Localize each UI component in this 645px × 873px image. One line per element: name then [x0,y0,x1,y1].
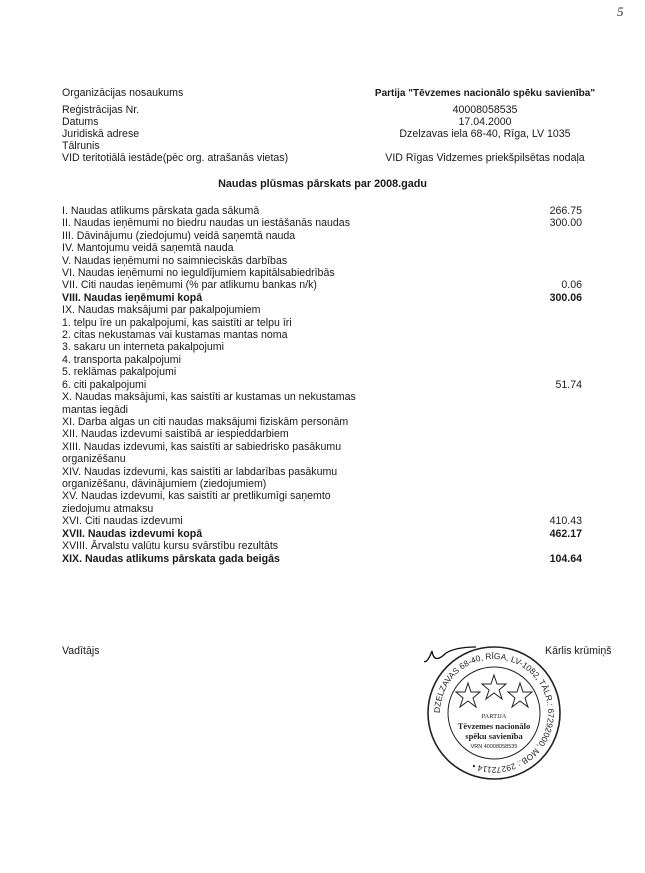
row-label: 5. reklāmas pakalpojumi [62,366,362,378]
table-row: X. Naudas maksājumi, kas saistīti ar kus… [62,391,582,416]
director-label: Vadītājs [62,645,100,657]
table-row: 2. citas nekustamas vai kustamas mantas … [62,329,582,341]
table-row: XI. Darba algas un citi naudas maksājumi… [62,416,582,428]
table-row: 1. telpu īre un pakalpojumi, kas saistīt… [62,317,582,329]
table-row: XIII. Naudas izdevumi, kas saistīti ar s… [62,441,582,466]
row-label: 1. telpu īre un pakalpojumi, kas saistīt… [62,317,362,329]
org-name-label: Organizācijas nosaukums [62,87,183,99]
row-label: VI. Naudas ieņēmumi no ieguldījumiem kap… [62,267,362,279]
table-row: VII. Citi naudas ieņēmumi (% par atlikum… [62,279,582,291]
table-row: XII. Naudas izdevumi saistībā ar iespied… [62,428,582,440]
row-value: 0.06 [561,279,582,291]
row-value: 51.74 [555,379,582,391]
row-label: XIV. Naudas izdevumi, kas saistīti ar la… [62,466,362,491]
date-value: 17.04.2000 [372,116,598,128]
table-row: XVIII. Ārvalstu valūtu kursu svārstību r… [62,540,582,552]
row-label: V. Naudas ieņēmumi no saimnieciskās darb… [62,255,362,267]
svg-text:PARTIJA: PARTIJA [481,713,506,720]
table-row: VIII. Naudas ieņēmumi kopā300.06 [62,292,582,304]
table-row: 6. citi pakalpojumi51.74 [62,379,582,391]
tax-office-label: VID teritotiālā iestāde(pēc org. atrašan… [62,152,288,164]
row-label: 2. citas nekustamas vai kustamas mantas … [62,329,362,341]
date-label: Datums [62,116,99,128]
svg-text:spēku savienība: spēku savienība [465,731,523,741]
row-label: 3. sakaru un interneta pakalpojumi [62,341,362,353]
row-value: 300.06 [550,292,582,304]
row-label: XVIII. Ārvalstu valūtu kursu svārstību r… [62,540,362,552]
svg-text:Tēvzemes nacionālo: Tēvzemes nacionālo [458,721,530,731]
star-icon [456,675,532,707]
tax-office-value: VID Rīgas Vidzemes priekšpilsētas nodaļa [372,152,598,164]
table-row: III. Dāvinājumu (ziedojumu) veidā saņemt… [62,230,582,242]
phone-label: Tālrunis [62,140,100,152]
row-value: 266.75 [550,205,582,217]
table-row: IX. Naudas maksājumi par pakalpojumiem [62,304,582,316]
row-label: VII. Citi naudas ieņēmumi (% par atlikum… [62,279,362,291]
row-label: II. Naudas ieņēmumi no biedru naudas un … [62,217,362,229]
row-label: 4. transporta pakalpojumi [62,354,362,366]
page-number: 5 [617,4,624,20]
table-row: V. Naudas ieņēmumi no saimnieciskās darb… [62,255,582,267]
row-label: I. Naudas atlikums pārskata gada sākumā [62,205,362,217]
row-label: VIII. Naudas ieņēmumi kopā [62,292,362,304]
table-row: II. Naudas ieņēmumi no biedru naudas un … [62,217,582,229]
row-label: 6. citi pakalpojumi [62,379,362,391]
reg-number-label: Reģistrācijas Nr. [62,104,139,116]
row-label: XV. Naudas izdevumi, kas saistīti ar pre… [62,490,362,515]
row-label: IX. Naudas maksājumi par pakalpojumiem [62,304,362,316]
table-row: XV. Naudas izdevumi, kas saistīti ar pre… [62,490,582,515]
cash-flow-table: I. Naudas atlikums pārskata gada sākumā2… [62,205,582,566]
legal-address-label: Juridiskā adrese [62,128,139,140]
table-row: 4. transporta pakalpojumi [62,354,582,366]
row-label: XII. Naudas izdevumi saistībā ar iespied… [62,428,362,440]
row-value: 462.17 [550,528,582,540]
table-row: XIX. Naudas atlikums pārskata gada beigā… [62,553,582,565]
row-label: X. Naudas maksājumi, kas saistīti ar kus… [62,391,362,416]
row-value: 104.64 [550,553,582,565]
row-label: XVII. Naudas izdevumi kopā [62,528,362,540]
row-label: IV. Mantojumu veidā saņemtā nauda [62,242,362,254]
row-label: XI. Darba algas un citi naudas maksājumi… [62,416,362,428]
svg-text:VRN 40008058535: VRN 40008058535 [471,744,518,750]
row-label: XIII. Naudas izdevumi, kas saistīti ar s… [62,441,362,466]
row-label: XIX. Naudas atlikums pārskata gada beigā… [62,553,362,565]
table-row: XIV. Naudas izdevumi, kas saistīti ar la… [62,466,582,491]
table-row: XVII. Naudas izdevumi kopā462.17 [62,528,582,540]
report-title: Naudas plūsmas pārskats par 2008.gadu [0,178,645,190]
reg-number-value: 40008058535 [372,104,598,116]
table-row: I. Naudas atlikums pārskata gada sākumā2… [62,205,582,217]
row-label: III. Dāvinājumu (ziedojumu) veidā saņemt… [62,230,362,242]
row-value: 410.43 [550,515,582,527]
party-stamp: DZELZAVAS 68-40, RĪGA, LV-1082, TĀLR.: 6… [424,643,564,783]
table-row: 5. reklāmas pakalpojumi [62,366,582,378]
table-row: VI. Naudas ieņēmumi no ieguldījumiem kap… [62,267,582,279]
table-row: IV. Mantojumu veidā saņemtā nauda [62,242,582,254]
legal-address-value: Dzelzavas iela 68-40, Rīga, LV 1035 [372,128,598,140]
table-row: XVI. Citi naudas izdevumi410.43 [62,515,582,527]
table-row: 3. sakaru un interneta pakalpojumi [62,341,582,353]
org-name-value: Partija "Tēvzemes nacionālo spēku savien… [358,88,612,99]
row-value: 300.00 [550,217,582,229]
row-label: XVI. Citi naudas izdevumi [62,515,362,527]
